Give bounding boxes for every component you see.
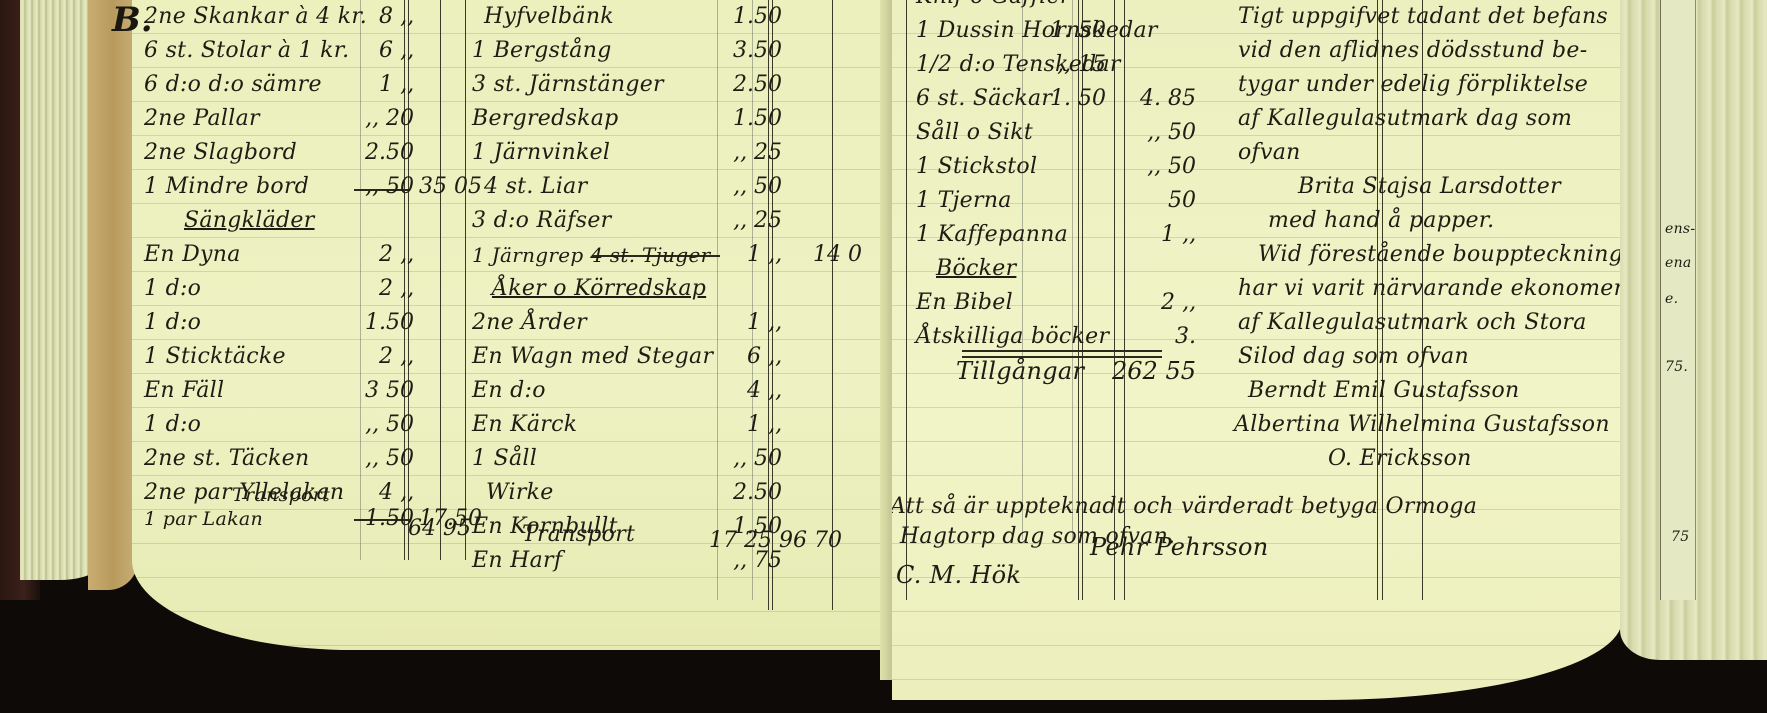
signature: Berndt Emil Gustafsson (1248, 374, 1520, 408)
signature: O. Ericksson (1328, 442, 1472, 476)
subtotal: 14 0 (782, 238, 862, 272)
page-total: 64 95 (408, 512, 468, 546)
left-page: 2ne Skankar à 4 kr. 8 ‚‚ 6 st. Stolar à … (132, 0, 892, 650)
transport-amount: 17 25 (672, 524, 772, 558)
signature: Albertina Wilhelmina Gustafsson (1234, 408, 1610, 442)
page-tab-strip: ens- ena e. 75. 75 (1660, 0, 1696, 600)
right-page: Knif o Gaffler 1 Dussin Hornskedar 1. 50… (892, 0, 1622, 700)
signature: Pehr Pehrsson (1090, 530, 1268, 564)
signature: Brita Stajsa Larsdotter (1298, 170, 1561, 204)
transport-total: 96 70 (772, 524, 842, 558)
folio-mark: B. (112, 0, 153, 40)
section-heading: Böcker (936, 252, 1016, 286)
closing-line: Att så är uppteknadt och värderadt betyg… (892, 490, 1477, 524)
subtotal: 35 05 (416, 170, 482, 204)
grand-total-label: Tillgångar (956, 354, 1084, 388)
transport-label: Transport (232, 478, 330, 512)
ledger-photo: 2ne Skankar à 4 kr. 8 ‚‚ 6 st. Stolar à … (0, 0, 1767, 713)
binding-tape (88, 0, 138, 590)
grand-total: 262 55 (1096, 354, 1196, 388)
section-heading: Åker o Körredskap (492, 272, 706, 306)
signature: C. M. Hök (896, 558, 1021, 592)
section-heading: Sängkläder (184, 204, 315, 238)
transport-label: Transport (522, 518, 635, 552)
